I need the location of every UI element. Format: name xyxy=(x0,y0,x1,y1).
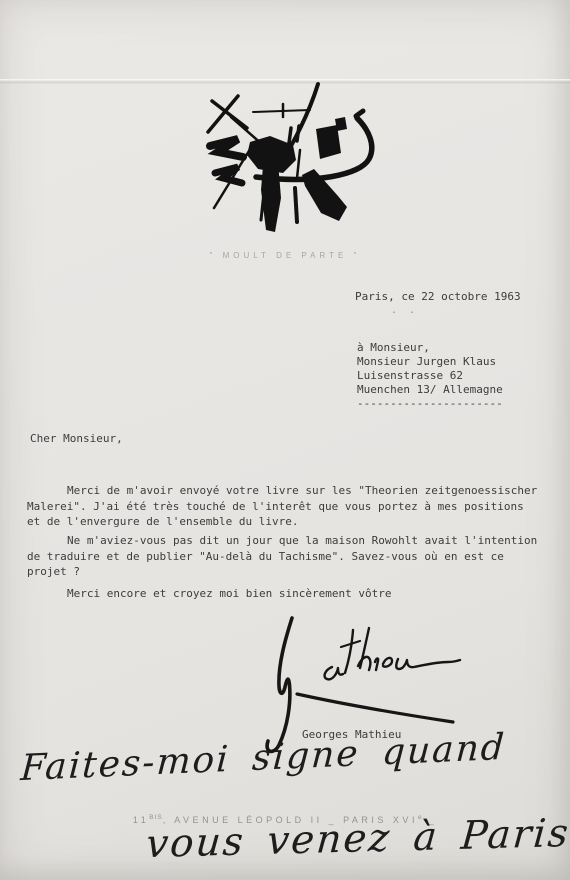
body-line: Ne m'aviez-vous pas dit un jour que la m… xyxy=(67,533,537,549)
letter-page: " MOULT DE PARTE " Paris, ce 22 octobre … xyxy=(0,0,570,880)
address-line: à Monsieur, xyxy=(357,341,503,355)
address-underline: ---------------------- xyxy=(357,397,503,411)
body-line: projet ? xyxy=(27,564,537,580)
body-paragraph-2: Ne m'aviez-vous pas dit un jour que la m… xyxy=(27,533,537,580)
body-line: Merci de m'avoir envoyé votre livre sur … xyxy=(67,483,537,499)
footer-street-number: 11 xyxy=(133,815,149,825)
recipient-address-block: à Monsieur, Monsieur Jurgen Klaus Luisen… xyxy=(357,341,503,411)
body-line: Malerei". J'ai été très touché de l'inte… xyxy=(27,499,537,515)
address-line: Luisenstrasse 62 xyxy=(357,369,503,383)
body-paragraph-1: Merci de m'avoir envoyé votre livre sur … xyxy=(27,483,537,530)
date-underline-mark: . . xyxy=(391,305,418,316)
closing-line: Merci encore et croyez moi bien sincèrem… xyxy=(67,586,392,602)
ink-emblem-artwork xyxy=(198,80,388,245)
letterhead-motto: " MOULT DE PARTE " xyxy=(0,251,570,260)
address-line: Muenchen 13/ Allemagne xyxy=(357,383,503,397)
body-line: et de l'envergure de l'ensemble du livre… xyxy=(27,514,537,530)
body-line: de traduire et de publier "Au-delà du Ta… xyxy=(27,549,537,565)
greeting: Cher Monsieur, xyxy=(30,431,123,447)
address-line: Monsieur Jurgen Klaus xyxy=(357,355,503,369)
date-line: Paris, ce 22 octobre 1963 xyxy=(355,289,521,305)
footer-street-number-suffix: BIS xyxy=(149,814,162,821)
